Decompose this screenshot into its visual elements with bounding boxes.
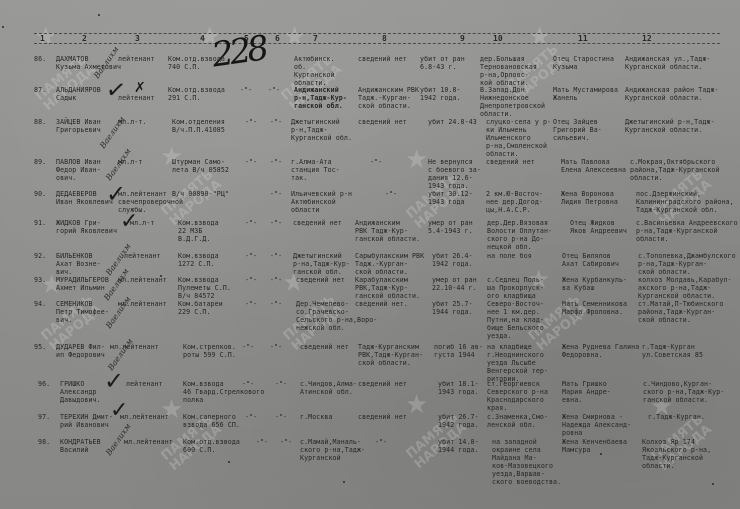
- person-name: ТЕРЕХИН Дмит- рий Иванович: [60, 413, 113, 429]
- birth-year: -"-: [242, 343, 254, 351]
- unit-position: Ком.стрелков. роты 599 С.П.: [183, 343, 236, 359]
- unit-position: Ком.взвода 22 МЗБ В.Д.Г.Д.: [178, 219, 219, 243]
- birthplace: сведений нет: [293, 219, 342, 227]
- burial-place: на западной окраине села Майдана Ма- ков…: [492, 438, 561, 486]
- enlisted-by: -"-: [375, 438, 387, 446]
- relative-address: с.Чиндово,Курган- ского р-на,Тадж-Кур- г…: [643, 380, 724, 404]
- unit-position: Ком.отд.взвода 740 С.П.: [168, 55, 225, 71]
- person-name: БИЛЬЕНКОВ Ахат Возне- вич.: [56, 252, 101, 276]
- unit-position: Ком.взвода Пулеметы С.П. В/ч 84572: [178, 276, 231, 300]
- party: -"-: [275, 380, 287, 388]
- row-number: 96.: [38, 380, 50, 388]
- enlisted-by: -"-: [385, 190, 397, 198]
- relative: Мать Семенникова Марфа Фроловна.: [562, 300, 627, 316]
- watermark-star-icon: ★: [405, 145, 428, 175]
- unit-position: В/ч 00890-"РЦ": [172, 190, 229, 198]
- column-number-header: 1 2 3 4 5 6 7 8 9 10 11 12: [0, 34, 740, 44]
- person-name: ПАВЛОВ Иван Федор Иван- ович.: [56, 158, 101, 182]
- scan-speck: [160, 275, 162, 277]
- burial-place: В.Запад.Дон Нижнедонское Днепропетровско…: [480, 86, 545, 118]
- birth-year: -"-: [245, 219, 257, 227]
- row-number: 89.: [34, 158, 46, 166]
- row-number: 98.: [38, 438, 50, 446]
- rank: лейтенант: [124, 252, 161, 260]
- birthplace: Ильичевский р-н Актюбинской области: [291, 190, 352, 214]
- birthplace: Джетыгинский р-н,Тадж- Курганской обл.: [291, 118, 352, 142]
- scan-speck: [712, 483, 714, 485]
- birthplace: г.Москва: [300, 413, 333, 421]
- party: -"-: [280, 438, 292, 446]
- fate-date: погиб 16 ав- густа 1944: [434, 343, 483, 359]
- relative: Отец Зайцев Григорий Ва- сильевич.: [553, 118, 602, 142]
- scan-speck: [600, 453, 602, 455]
- birth-year: -"-: [245, 276, 257, 284]
- person-name: КОНДРАТЬЕВ Василий: [60, 438, 101, 454]
- column-number: 8: [382, 34, 387, 43]
- enlisted-by: сведений нет: [358, 380, 407, 388]
- column-number: 12: [642, 34, 652, 43]
- relative: Жена Воронова Лидия Петровна: [561, 190, 618, 206]
- burial-place: сведений нет: [486, 158, 535, 166]
- birth-year: -"-: [245, 118, 257, 126]
- fate-date: убит 26.7- 1942 года.: [438, 413, 479, 429]
- enlisted-by: Сарыбулакским РВК Тадж.-Курган- ской обл…: [355, 252, 424, 276]
- party: -"-: [268, 86, 280, 94]
- party: -"-: [270, 190, 282, 198]
- birthplace: с.Чиндов,Алма- Атинской обл.: [300, 380, 357, 396]
- enlisted-by: Андижанским РВК Тадж.-Курган- ской облас…: [358, 86, 419, 110]
- person-name: ГРИШКО Александр Давыдович.: [60, 380, 101, 404]
- birthplace: с.Мамай,Маналь- ского р-на,Тадж- Курганс…: [300, 438, 365, 462]
- relative-address: с.Васильевка Андреевского р-на,Тадж-Кург…: [636, 219, 738, 243]
- scan-speck: [2, 26, 4, 28]
- check-mark-icon: ✓: [120, 209, 138, 234]
- unit-position: Штурман Само- лета В/ч 05852: [172, 158, 229, 174]
- burial-place: дер.Дер.Вязовая Волости Оплутан- ского р…: [487, 219, 552, 251]
- watermark-star-icon: ★: [405, 390, 428, 420]
- person-name: ЗАЙЦЕВ Иван Григорьевич: [56, 118, 101, 134]
- person-name: МУРАДИЛЬГЕРОВ Ахмет Ильмин: [56, 276, 109, 292]
- relative: Жена Кенченбаева Мамсура: [562, 438, 627, 454]
- relative: Отец Старостина Кузьма: [553, 55, 614, 71]
- scan-speck: [98, 14, 100, 16]
- fate-date: умер от ран 5.4-1943 г.: [428, 219, 473, 235]
- enlisted-by: сведений нет.: [355, 300, 408, 308]
- burial-place: ст.Георгиевск Северского р-на Краснодарс…: [487, 380, 548, 412]
- enlisted-by: сведений нет: [358, 118, 407, 126]
- party: -"-: [270, 300, 282, 308]
- burial-place: дер.Большая Терновановская р-на,Орловс- …: [480, 55, 537, 87]
- party: -"-: [275, 413, 287, 421]
- person-name: СЕМЕНИКОВ Петр Тимофее- вич.: [56, 300, 109, 324]
- burial-place: с.Знаменка,Смо- ленской обл.: [487, 413, 548, 429]
- enlisted-by: Карабулакским РВК,Тадж-Кур- ганской обла…: [355, 276, 420, 300]
- fate-date: убит 14.8- 1944 года.: [438, 438, 479, 454]
- fate-date: убит от ран 6.8-43 г.: [420, 55, 465, 71]
- rank: мл.лейтенант: [124, 438, 173, 446]
- column-number: 6: [275, 34, 280, 43]
- person-name: ЖИДКОВ Гри- горий Яковлевич: [56, 219, 117, 235]
- person-name: ДУДАРЕВ Фил- ип Федорович: [56, 343, 105, 359]
- row-number: 88.: [34, 118, 46, 126]
- column-number: 2: [82, 34, 87, 43]
- row-number: 94.: [34, 300, 46, 308]
- burial-place: на кладбище г.Неоднинского уезда Льсыбе …: [487, 343, 548, 383]
- person-name: АЛЬДАНИЯРОВ Садык: [56, 86, 101, 102]
- relative: Мать Гришко Мария Андре- евна.: [562, 380, 611, 404]
- fate-date: убит 25.7- 1944 года.: [432, 300, 473, 316]
- enlisted-by: сведений нет: [358, 55, 407, 63]
- relative: Жена Руднева Галина Федоровна.: [562, 343, 639, 359]
- fate-date: убит 18.1- 1943 года.: [438, 380, 479, 396]
- burial-place: на поле боя: [487, 252, 532, 260]
- birth-year: -"-: [245, 158, 257, 166]
- birth-year: -"-: [240, 86, 252, 94]
- burial-place: с.Седлец Поль- ша Прокорпуск- ого кладби…: [487, 276, 544, 300]
- burial-place: Северо-Восточ- нее 1 км.дер. Путни,на кл…: [487, 300, 544, 340]
- unit-position: Ком.саперного взвода 656 СП.: [183, 413, 240, 429]
- birthplace: Андижанский р-н,Тадж-Кур- ганской обл.: [294, 86, 347, 110]
- birthplace: г.Алма-Ата станция Тос- так.: [291, 158, 340, 182]
- row-number: 92.: [34, 252, 46, 260]
- birth-year: -"-: [245, 413, 257, 421]
- relative: Отец Билялов Ахат Сабирович: [562, 252, 619, 268]
- check-mark-icon: ✓: [104, 75, 128, 106]
- row-number: 87.: [34, 86, 46, 94]
- fate-date: убит 10.8- 1942 года.: [420, 86, 461, 102]
- check-mark-icon: ✓: [106, 180, 126, 208]
- unit-position: Ком.отд.взвода 600 С.П.: [183, 438, 240, 454]
- row-number: 86.: [34, 55, 46, 63]
- fate-date: Не вернулся с боевого за- дания 12.6- 19…: [428, 158, 481, 190]
- column-number: 1: [40, 34, 45, 43]
- row-number: 95.: [34, 343, 46, 351]
- relative-address: пос.Дзержинский, Калининградского района…: [636, 190, 734, 214]
- fate-date: умер от ран 22.10-44 г.: [432, 276, 477, 292]
- enlisted-by: сведений нет: [358, 413, 407, 421]
- enlisted-by: Тадж-Курганским РВК,Тадж-Курган- ской об…: [358, 343, 423, 367]
- fate-date: убит 26.4- 1942 года.: [432, 252, 473, 268]
- unit-position: Ком.отд.взвода 291 С.П.: [168, 86, 225, 102]
- party: -"-: [270, 158, 282, 166]
- relative: Отец Жидков Яков Андреевич: [570, 219, 627, 235]
- party: -"-: [270, 118, 282, 126]
- row-number: 91.: [34, 219, 46, 227]
- unit-position: Ком.отделения В/ч.П.П.41085: [172, 118, 225, 134]
- relative-address: Андижанская ул.,Тадж- Курганской области…: [625, 55, 710, 71]
- relative-address: Колхоз Яр 174 Якоальского р-на, Тадж-Кур…: [642, 438, 711, 470]
- relative-address: Андижанская район Тадж- Курганской облас…: [625, 86, 719, 102]
- relative-address: ст.Матай,П-Тюбинского района,Тадж-Курган…: [638, 300, 723, 324]
- row-number: 97.: [38, 413, 50, 421]
- birth-year: -"-: [245, 252, 257, 260]
- fate-date: убит 30.12- 1943 года: [428, 190, 473, 206]
- relative-address: колхоз Молдавь,Карабул- акского р-на,Тад…: [638, 276, 732, 300]
- check-mark-icon: ✓: [110, 398, 128, 423]
- person-name: ДЕДАЕВЕРОВ Иван Яковлевич: [56, 190, 113, 206]
- party: -"-: [270, 219, 282, 227]
- rank: лейтенант: [118, 55, 155, 63]
- relative-address: г.Тадж-Курган ул.Советская 85: [642, 343, 703, 359]
- handwritten-signature: Ваелихм: [98, 115, 126, 150]
- column-number: 10: [493, 34, 503, 43]
- birth-year: -"-: [256, 438, 268, 446]
- relative: Жена Смирнова - Надежда Александ- ровна: [562, 413, 631, 437]
- column-number: 11: [578, 34, 588, 43]
- relative-address: Джетыгинский р-н,Тадж- Курганской област…: [625, 118, 715, 134]
- unit-position: Ком.взвода 1272 С.П.: [178, 252, 219, 268]
- scanned-document-page: ★ ★ ★ ★ ★ ★ ★ ★ ★ ★ ★ ★ ПАМЯТЬ НАРОДА ПА…: [0, 0, 740, 509]
- relative: Мать Павлова Елена Алексеевна: [561, 158, 626, 174]
- scan-speck: [343, 481, 345, 483]
- birthplace: Джетыгинский р-на,Тадж-Кур- ганской обл.: [293, 252, 350, 276]
- column-number: 4: [200, 34, 205, 43]
- relative-address: г.Тадж-Курган.: [648, 413, 705, 421]
- enlisted-by: -"-: [370, 158, 382, 166]
- birthplace: Актюбинск. об. Курганской области.: [294, 55, 335, 87]
- relative-address: с.Мокрая,Октябрьского района,Тадж-Курган…: [630, 158, 720, 182]
- relative: Жена Курбанкуль- ва Кубаш: [562, 276, 627, 292]
- birthplace: сведений нет: [300, 343, 349, 351]
- scan-speck: [228, 461, 230, 463]
- relative-address: с.Тополевка,Джамбулского р-на,Тадж-Курга…: [638, 252, 736, 276]
- birthplace: сведений нет: [296, 276, 345, 284]
- column-number: 3: [135, 34, 140, 43]
- party: -"-: [270, 343, 282, 351]
- relative: Мать Мустамирова Жанель: [553, 86, 618, 102]
- rank: лейтенант: [126, 380, 163, 388]
- party: -"-: [270, 252, 282, 260]
- fate-date: убит 24.8-43: [428, 118, 477, 126]
- column-number: 9: [460, 34, 465, 43]
- burial-place: слуцко-села у р- ки Ильмень Ильменского …: [486, 118, 551, 158]
- enlisted-by: Андижанским РВК Тадж-Кур- ганской област…: [355, 219, 420, 243]
- birth-year: -"-: [242, 380, 254, 388]
- row-number: 93.: [34, 276, 46, 284]
- column-number: 7: [313, 34, 318, 43]
- cross-mark-icon: ✗: [134, 80, 146, 96]
- row-number: 90.: [34, 190, 46, 198]
- party: -"-: [270, 276, 282, 284]
- birth-year: -"-: [245, 300, 257, 308]
- unit-position: Ком.батареи 229 С.П.: [178, 300, 223, 316]
- burial-place: 2 км.Ю-Восточ- нее дер.Догод- цы,Н.А.С.Р…: [486, 190, 543, 214]
